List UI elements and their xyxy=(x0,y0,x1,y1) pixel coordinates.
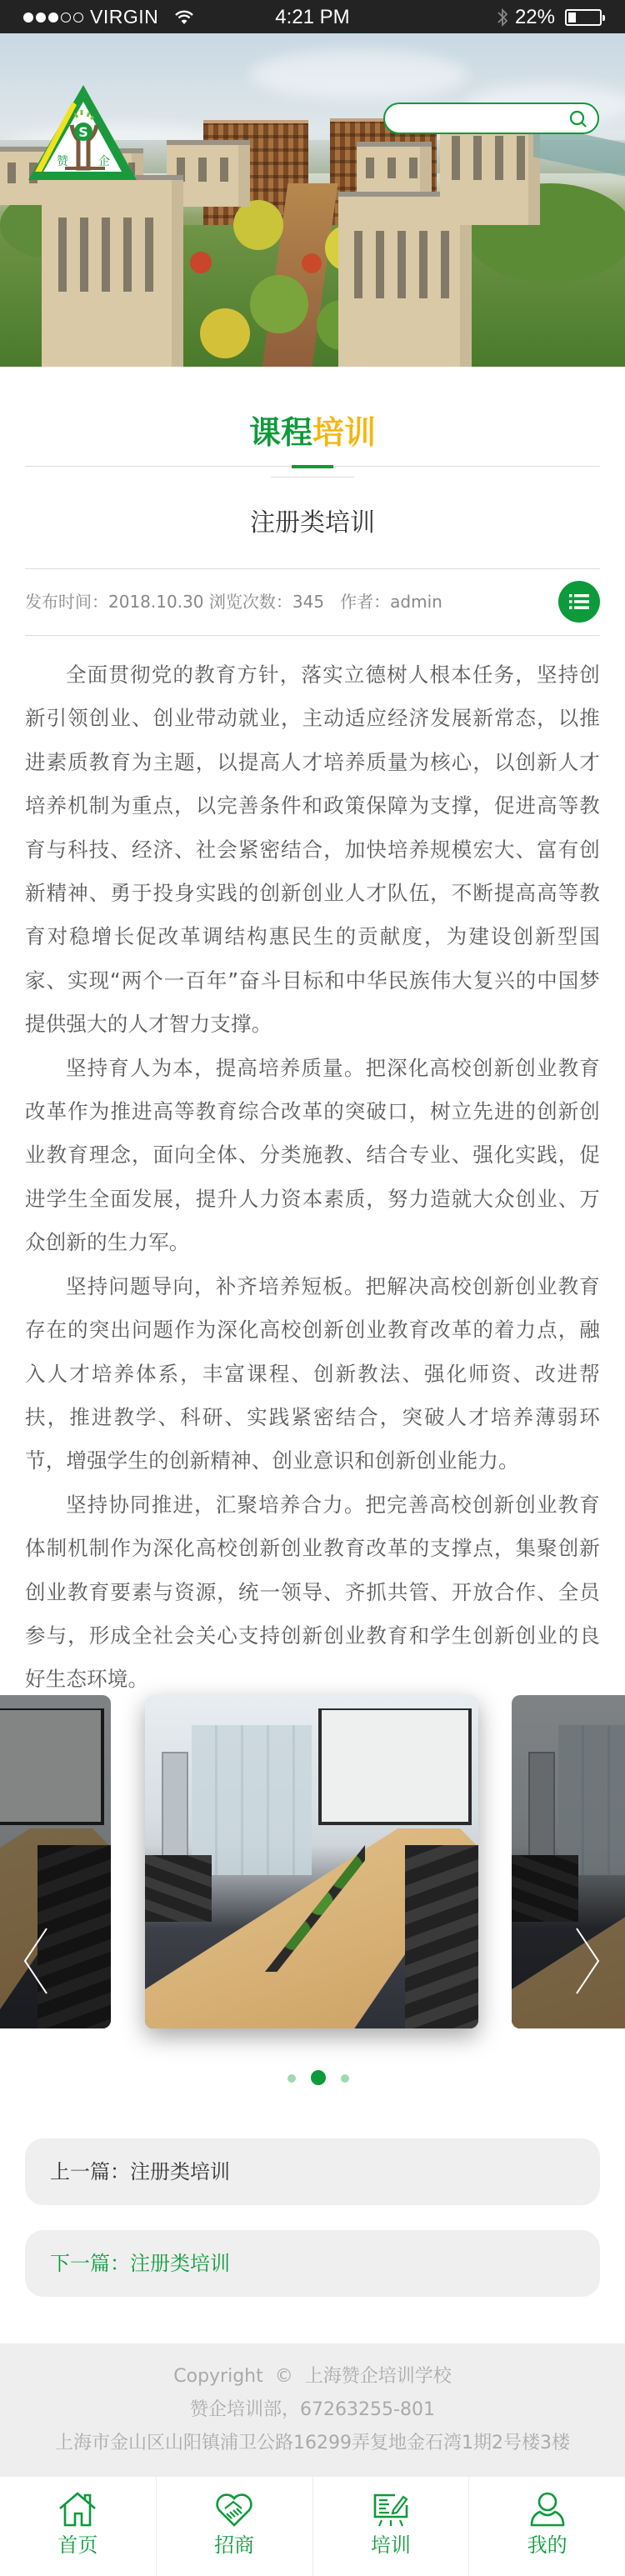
next-label: 下一篇： xyxy=(50,2252,130,2275)
title-accent-bar xyxy=(292,465,333,468)
chevron-left-icon[interactable] xyxy=(23,1927,48,1995)
article-title: 注册类培训 xyxy=(0,507,625,540)
site-footer: Copyright © 上海赞企培训学校 赞企培训部，67263255-801 … xyxy=(0,2343,625,2477)
conference-room-photo xyxy=(0,1695,111,2028)
svg-text:S: S xyxy=(78,124,88,140)
image-carousel[interactable] xyxy=(0,1695,625,2028)
meta-bottom-divider xyxy=(25,635,600,636)
paragraph: 坚持协同推进，汇聚培养合力。把完善高校创新创业教育体制机制作为深化高校创新创业教… xyxy=(25,1483,600,1702)
carousel-slide-prev[interactable] xyxy=(0,1695,111,2028)
prev-label: 上一篇： xyxy=(50,2160,130,2183)
tab-business[interactable]: 招商 xyxy=(157,2477,313,2576)
hero-banner: S 赞 企 xyxy=(0,33,625,367)
publish-label: 发布时间： xyxy=(25,592,108,612)
tab-label: 首页 xyxy=(0,2528,156,2562)
status-right: 22% xyxy=(497,6,602,29)
list-icon xyxy=(569,593,589,610)
tab-label: 招商 xyxy=(157,2528,312,2562)
section-title: 课程培训 xyxy=(0,412,625,453)
sapling-triangle-logo[interactable]: S 赞 企 xyxy=(23,83,140,183)
battery-icon xyxy=(565,9,602,26)
next-article-link[interactable]: 下一篇：注册类培训 xyxy=(25,2230,600,2297)
pagination-dot[interactable] xyxy=(287,2074,296,2083)
paragraph: 全面贯彻党的教育方针，落实立德树人根本任务，坚持创新引领创业、创业带动就业，主动… xyxy=(25,653,600,1047)
views-label: 浏览次数： xyxy=(209,592,292,612)
bluetooth-icon xyxy=(497,8,508,28)
svg-text:企: 企 xyxy=(98,155,110,168)
prev-article-link[interactable]: 上一篇：注册类培训 xyxy=(25,2138,600,2205)
title-subdivider xyxy=(271,477,354,478)
copyright-text: Copyright © 上海赞企培训学校 xyxy=(0,2360,625,2393)
next-title: 注册类培训 xyxy=(130,2252,230,2275)
carousel-slide-next[interactable] xyxy=(512,1695,625,2028)
meta-top-divider xyxy=(25,568,600,569)
article-body: 全面贯彻党的教育方针，落实立德树人根本任务，坚持创新引领创业、创业带动就业，主动… xyxy=(25,653,600,1702)
search-input[interactable] xyxy=(383,103,599,134)
tab-mine[interactable]: 我的 xyxy=(469,2477,625,2576)
article-meta: 发布时间：2018.10.30 浏览次数：345 作者：admin xyxy=(25,589,442,614)
status-bar: VIRGIN 4:21 PM 22% xyxy=(0,0,625,33)
views-count: 345 xyxy=(292,592,324,612)
handshake-heart-icon xyxy=(215,2492,253,2527)
author-name: admin xyxy=(390,592,442,612)
presentation-board-icon xyxy=(372,2492,410,2527)
conference-room-photo xyxy=(145,1695,478,2028)
tab-home[interactable]: 首页 xyxy=(0,2477,157,2576)
bottom-tab-bar: 首页 招商 培训 我的 xyxy=(0,2477,625,2576)
tab-label: 我的 xyxy=(469,2528,625,2562)
carousel-slide-active[interactable] xyxy=(145,1695,478,2028)
publish-date: 2018.10.30 xyxy=(108,592,204,612)
tab-training[interactable]: 培训 xyxy=(313,2477,470,2576)
carousel-pagination xyxy=(0,2070,625,2087)
prev-title: 注册类培训 xyxy=(130,2160,230,2183)
contact-text: 赞企培训部，67263255-801 xyxy=(0,2393,625,2427)
article-list-button[interactable] xyxy=(558,581,600,623)
author-label: 作者： xyxy=(340,592,390,612)
search-icon[interactable] xyxy=(569,110,587,128)
chevron-right-icon[interactable] xyxy=(575,1927,600,1995)
battery-percent: 22% xyxy=(515,6,555,29)
pagination-dot[interactable] xyxy=(341,2074,349,2083)
section-title-part1: 课程 xyxy=(249,414,312,451)
user-icon xyxy=(528,2492,567,2527)
tab-label: 培训 xyxy=(313,2528,469,2562)
paragraph: 坚持育人为本，提高培养质量。把深化高校创新创业教育改革作为推进高等教育综合改革的… xyxy=(25,1047,600,1265)
pagination-dot-active[interactable] xyxy=(311,2070,326,2085)
svg-text:赞: 赞 xyxy=(57,154,69,168)
conference-room-photo xyxy=(512,1695,625,2028)
address-text: 上海市金山区山阳镇浦卫公路16299弄复地金石湾1期2号楼3楼 xyxy=(0,2427,625,2460)
paragraph: 坚持问题导向，补齐培养短板。把解决高校创新创业教育存在的突出问题作为深化高校创新… xyxy=(25,1265,600,1483)
section-title-part2: 培训 xyxy=(312,414,376,451)
home-icon xyxy=(58,2492,97,2527)
